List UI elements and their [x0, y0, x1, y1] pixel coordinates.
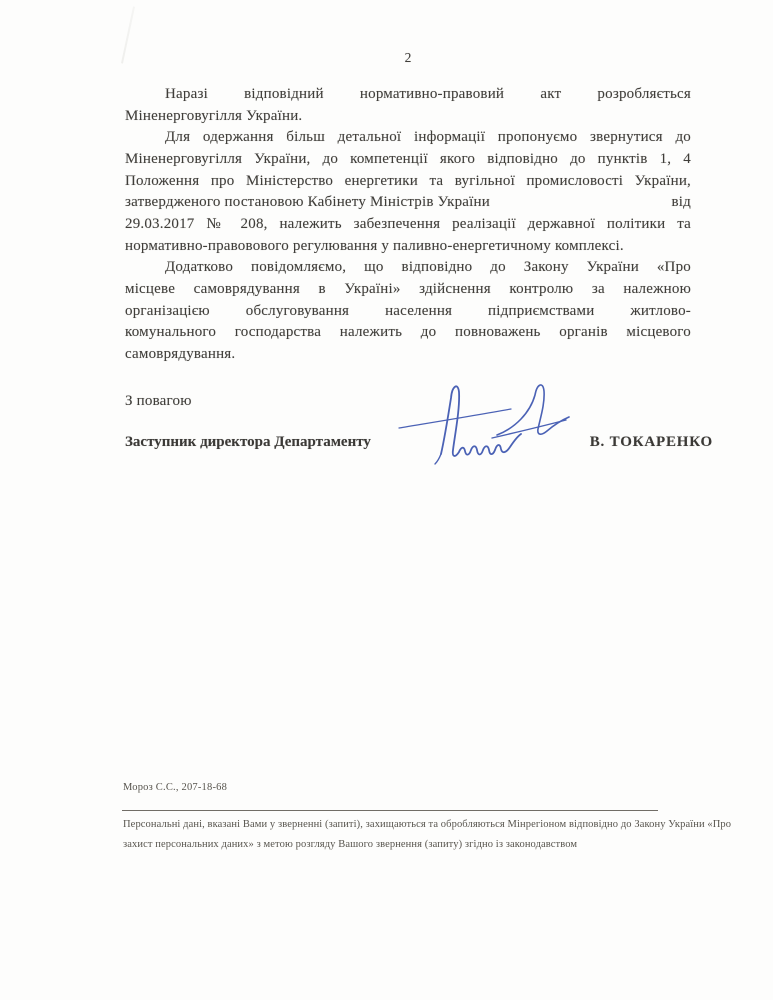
footer-divider	[122, 810, 658, 811]
text-segment: від	[672, 192, 691, 214]
text-line: Положення про Міністерство енергетики та…	[125, 171, 691, 193]
text-line: 29.03.2017 № 208, належить забезпечення …	[125, 214, 691, 236]
text-line: Міненерговугілля України.	[125, 106, 691, 128]
closing-salutation: З повагою	[125, 393, 192, 410]
text-line: Наразі відповідний нормативно-правовий а…	[125, 84, 691, 106]
text-line: самоврядування.	[125, 344, 691, 366]
handwritten-signature-icon	[393, 373, 578, 468]
text-line: Міненерговугілля України, до компетенції…	[125, 149, 691, 171]
text-line: організацією обслуговування населення пі…	[125, 301, 691, 323]
text-line: Додатково повідомляємо, що відповідно до…	[125, 257, 691, 279]
privacy-note-line: захист персональних даних» з метою розгл…	[123, 835, 731, 855]
privacy-note: Персональні дані, вказані Вами у звернен…	[123, 815, 731, 854]
signer-title: Заступник директора Департаменту	[125, 434, 371, 451]
text-line: затвердженого постановою Кабінету Мініст…	[125, 192, 691, 214]
signer-name: В. ТОКАРЕНКО	[590, 434, 713, 451]
text-segment: затвердженого постановою Кабінету Мініст…	[125, 192, 490, 214]
letter-body: Наразі відповідний нормативно-правовий а…	[125, 84, 691, 366]
executor-reference: Мороз С.С., 207-18-68	[123, 782, 227, 793]
text-line: нормативно-правовового регулювання у пал…	[125, 236, 691, 258]
document-page: 2 Наразі відповідний нормативно-правовий…	[0, 0, 773, 1000]
text-line: комунального господарства належить до по…	[125, 322, 691, 344]
page-number: 2	[125, 50, 691, 66]
text-line: місцеве самоврядування в Україні» здійсн…	[125, 279, 691, 301]
text-line: Для одержання більш детальної інформації…	[125, 127, 691, 149]
privacy-note-line: Персональні дані, вказані Вами у звернен…	[123, 815, 731, 835]
